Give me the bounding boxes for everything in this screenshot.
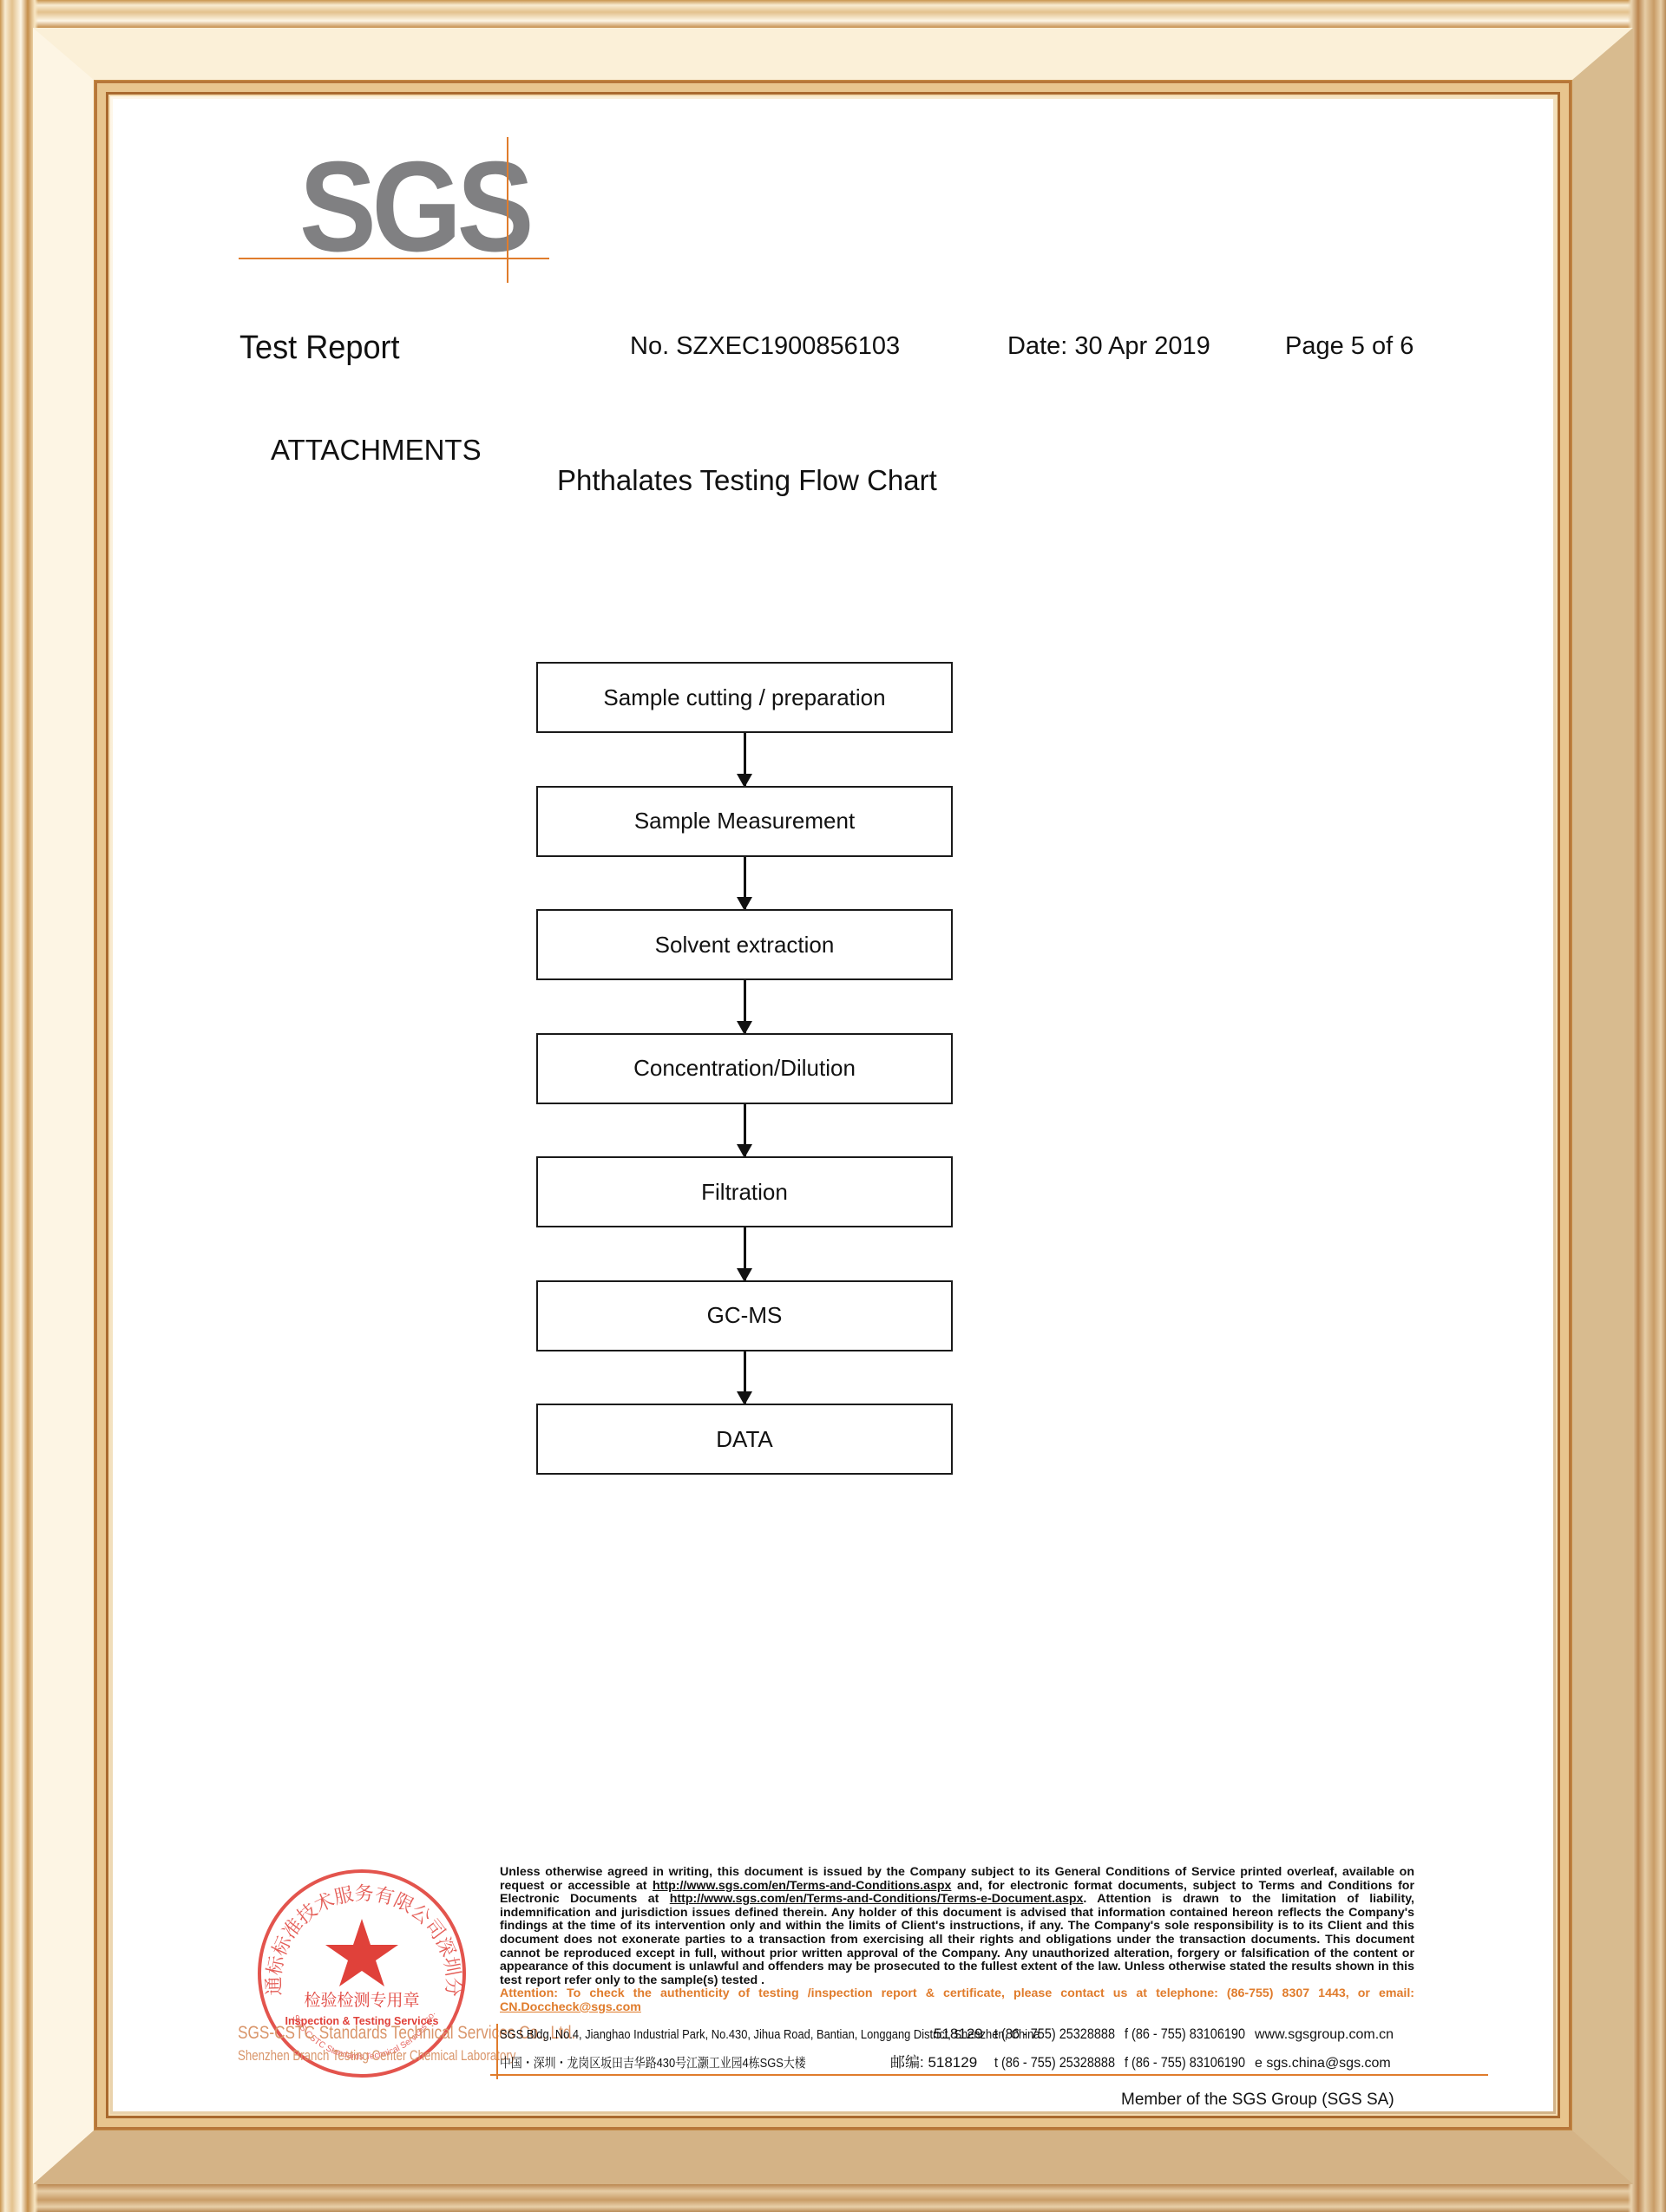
website-link[interactable]: www.sgsgroup.com.cn — [1255, 2027, 1394, 2043]
arrow-down-icon — [744, 733, 746, 786]
address-cn-fax: f (86 - 755) 83106190 — [1125, 2054, 1236, 2071]
logo-horizontal-line — [239, 258, 549, 259]
address-cn-street: 中国・深圳・龙岗区坂田吉华路430号江灏工业园4栋SGS大楼 — [500, 2053, 873, 2071]
arrow-down-icon — [744, 857, 746, 910]
sgs-logo: SGS — [239, 137, 551, 285]
e-document-terms-link[interactable]: http://www.sgs.com/en/Terms-and-Conditio… — [670, 1892, 1084, 1906]
flow-step: DATA — [536, 1404, 953, 1475]
flow-step: Sample Measurement — [536, 786, 953, 857]
flow-step: Concentration/Dilution — [536, 1033, 953, 1104]
legal-disclaimer: Unless otherwise agreed in writing, this… — [500, 1866, 1414, 2015]
logo-text: SGS — [299, 142, 529, 272]
flow-step: Solvent extraction — [536, 909, 953, 980]
flow-step: Sample cutting / preparation — [536, 662, 953, 733]
authenticity-notice: Attention: To check the authenticity of … — [500, 1987, 1414, 2014]
address-vertical-rule — [496, 2024, 498, 2079]
disclaimer-text-3: . Attention is drawn to the limitation o… — [500, 1892, 1414, 1987]
report-title: Test Report — [239, 330, 400, 367]
flow-step: Filtration — [536, 1156, 953, 1227]
logo-vertical-line — [507, 137, 508, 283]
arrow-down-icon — [744, 1351, 746, 1404]
report-number: No. SZXEC1900856103 — [630, 332, 900, 361]
report-date: Date: 30 Apr 2019 — [1007, 332, 1210, 361]
address-en-fax: f (86 - 755) 83106190 — [1125, 2025, 1236, 2043]
email-link[interactable]: e sgs.china@sgs.com — [1255, 2056, 1391, 2071]
flow-step: GC-MS — [536, 1280, 953, 1351]
member-statement: Member of the SGS Group (SGS SA) — [1121, 2091, 1394, 2110]
document-page — [113, 99, 1553, 2111]
address-chinese: 中国・深圳・龙岗区坂田吉华路430号江灏工业园4栋SGS大楼邮编: 518129… — [500, 2050, 1391, 2071]
address-en-street: SGS Bldg, No.4, Jianghao Industrial Park… — [500, 2027, 873, 2042]
footer-rule — [490, 2074, 1488, 2076]
terms-link[interactable]: http://www.sgs.com/en/Terms-and-Conditio… — [653, 1879, 951, 1893]
page-number: Page 5 of 6 — [1285, 332, 1413, 361]
address-en-phone: t (86 - 755) 25328888 — [994, 2025, 1105, 2043]
attention-text: Attention: To check the authenticity of … — [500, 1986, 1414, 2000]
address-english: SGS Bldg, No.4, Jianghao Industrial Park… — [500, 2025, 1394, 2043]
arrow-down-icon — [744, 980, 746, 1033]
address-cn-phone: t (86 - 755) 25328888 — [994, 2054, 1105, 2071]
seal-center-cn: 检验检测专用章 — [304, 1991, 419, 2010]
arrow-down-icon — [744, 1227, 746, 1280]
flowchart-title: Phthalates Testing Flow Chart — [557, 464, 937, 497]
star-icon — [325, 1919, 398, 1986]
address-cn-zip: 邮编: 518129 — [890, 2050, 994, 2071]
arrow-down-icon — [744, 1104, 746, 1157]
section-heading: ATTACHMENTS — [271, 434, 482, 467]
doccheck-email-link[interactable]: CN.Doccheck@sgs.com — [500, 2000, 641, 2014]
